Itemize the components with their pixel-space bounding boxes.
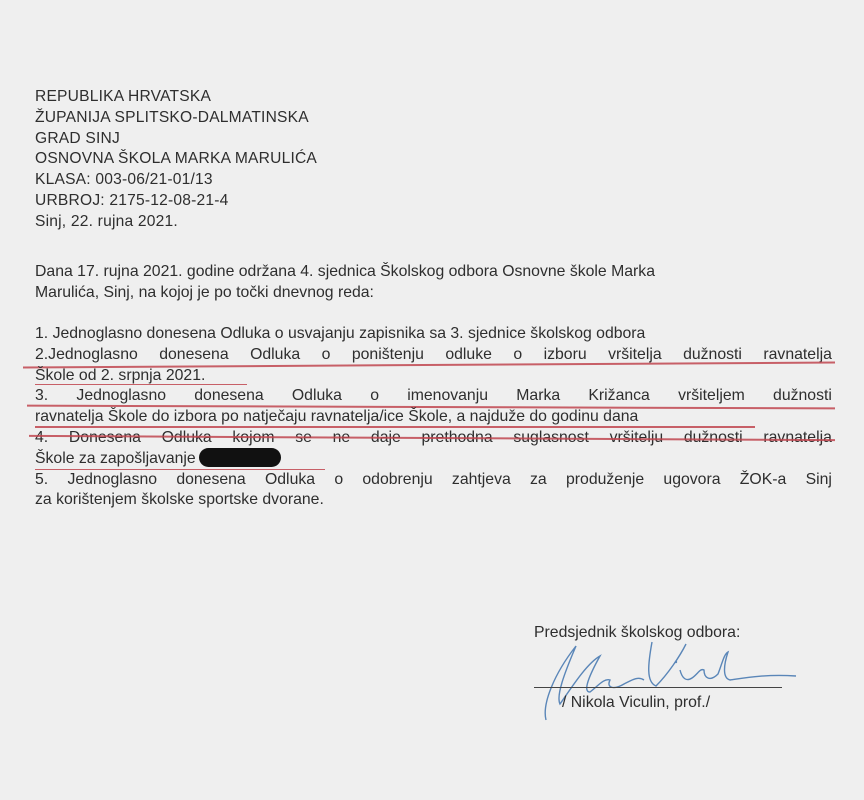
word: donesena <box>159 345 228 366</box>
word: o <box>334 470 343 491</box>
document-header: REPUBLIKA HRVATSKA ŽUPANIJA SPLITSKO-DAL… <box>35 87 317 233</box>
word: kojom <box>232 428 274 449</box>
word: Marka <box>516 386 560 407</box>
agenda-item-3-text-2: ravnatelja Škole do izbora po natječaju … <box>35 408 638 425</box>
signature-block: Predsjednik školskog odbora: / Nikola Vi… <box>534 624 814 642</box>
word: ugovora <box>663 470 720 491</box>
agenda-item-5-line-1: 5.JednoglasnodonesenaOdlukaoodobrenjuzah… <box>35 470 835 491</box>
word: ne <box>333 428 351 449</box>
agenda-item-5-line-2: za korištenjem školske sportske dvorane. <box>35 490 835 511</box>
word: 5. <box>35 470 48 491</box>
intro-line-2: Marulića, Sinj, na kojoj je po točki dne… <box>35 283 825 304</box>
agenda-item-2-text-2: Škole od 2. srpnja 2021. <box>35 367 205 384</box>
intro-line-1: Dana 17. rujna 2021. godine održana 4. s… <box>35 262 825 283</box>
word: produženje <box>566 470 644 491</box>
word: ŽOK-a <box>740 470 787 491</box>
word: poništenju <box>352 345 424 366</box>
word: Jednoglasno <box>67 470 157 491</box>
header-school: OSNOVNA ŠKOLA MARKA MARULIĆA <box>35 149 317 170</box>
word: 2.Jednoglasno <box>35 345 138 366</box>
word: zahtjeva <box>452 470 511 491</box>
word: o <box>322 345 331 366</box>
agenda-item-3-line-1: 3.JednoglasnodonesenaOdlukaoimenovanjuMa… <box>35 386 835 407</box>
word: donesena <box>194 386 263 407</box>
header-urbroj: URBROJ: 2175-12-08-21-4 <box>35 191 317 212</box>
word: odluke <box>445 345 492 366</box>
agenda-item-4-text-2: Škole za zapošljavanje <box>35 450 196 467</box>
word: vršiteljem <box>678 386 745 407</box>
word: Odluka <box>292 386 342 407</box>
word: o <box>370 386 379 407</box>
word: 4. <box>35 428 48 449</box>
header-date: Sinj, 22. rujna 2021. <box>35 212 317 233</box>
agenda-item-4-line-1: 4.DonesenaOdlukakojomsenedajeprethodnasu… <box>35 428 835 449</box>
word: Donesena <box>69 428 141 449</box>
signature-line <box>534 687 782 688</box>
agenda-item-5-text-1: 5.JednoglasnodonesenaOdlukaoodobrenjuzah… <box>35 470 832 491</box>
word: Odluka <box>265 470 315 491</box>
word: odobrenju <box>362 470 432 491</box>
agenda-items: 1. Jednoglasno donesena Odluka o usvajan… <box>35 324 835 511</box>
word: dužnosti <box>773 386 832 407</box>
word: Odluka <box>250 345 300 366</box>
agenda-item-2-line-1: 2.JednoglasnodonesenaOdlukaoponištenjuod… <box>35 345 835 366</box>
word: se <box>295 428 312 449</box>
intro-paragraph: Dana 17. rujna 2021. godine održana 4. s… <box>35 262 825 304</box>
header-city: GRAD SINJ <box>35 129 317 150</box>
signatory-name: / Nikola Viculin, prof./ <box>562 694 710 712</box>
header-county: ŽUPANIJA SPLITSKO-DALMATINSKA <box>35 108 317 129</box>
word: imenovanju <box>407 386 488 407</box>
agenda-item-1: 1. Jednoglasno donesena Odluka o usvajan… <box>35 324 835 345</box>
word: Odluka <box>162 428 212 449</box>
agenda-item-3-line-2: ravnatelja Škole do izbora po natječaju … <box>35 407 835 428</box>
redaction-mark <box>199 448 281 467</box>
word: Sinj <box>806 470 832 491</box>
header-country: REPUBLIKA HRVATSKA <box>35 87 317 108</box>
word: za <box>530 470 547 491</box>
red-underline <box>35 384 247 386</box>
agenda-item-4-line-2: Škole za zapošljavanje <box>35 449 835 470</box>
agenda-item-2-line-2: Škole od 2. srpnja 2021. <box>35 366 835 387</box>
header-klasa: KLASA: 003-06/21-01/13 <box>35 170 317 191</box>
document-page: REPUBLIKA HRVATSKA ŽUPANIJA SPLITSKO-DAL… <box>0 0 864 800</box>
word: donesena <box>176 470 245 491</box>
word: Križanca <box>588 386 649 407</box>
